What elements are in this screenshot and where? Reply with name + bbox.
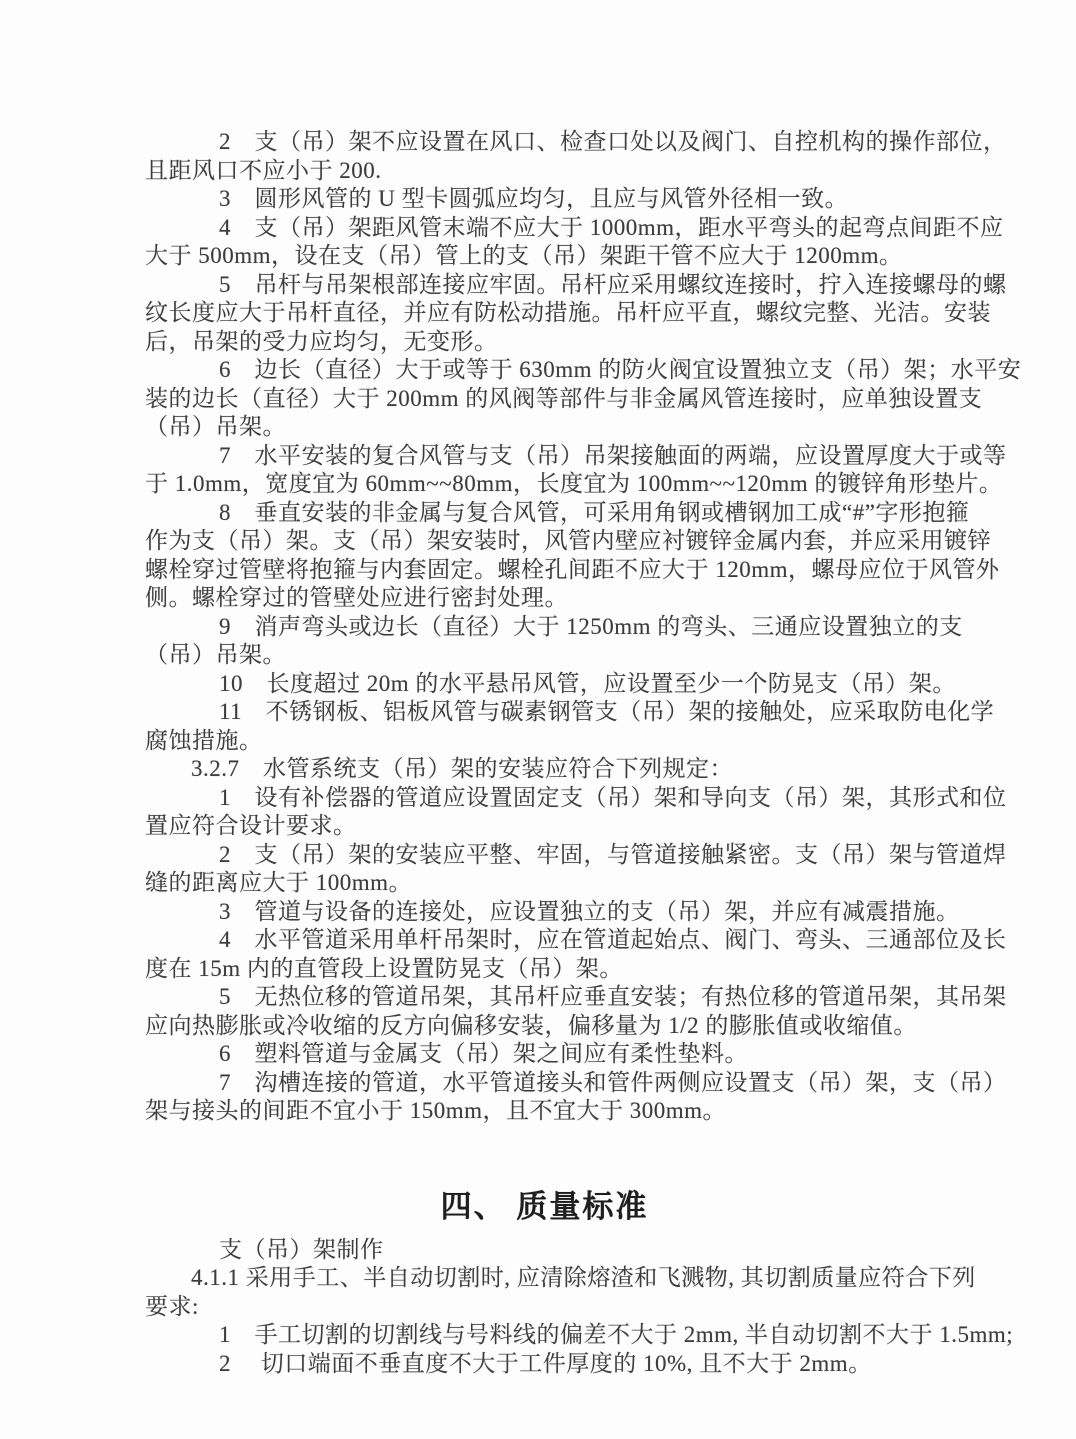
text-line: 10 长度超过 20m 的水平悬吊风管，应设置至少一个防晃支（吊）架。 xyxy=(145,670,944,699)
text-line: 7 沟槽连接的管道，水平管道接头和管件两侧应设置支（吊）架，支（吊） xyxy=(145,1069,944,1098)
text-line: 3.2.7 水管系统支（吊）架的安装应符合下列规定： xyxy=(145,755,944,784)
text-line: 螺栓穿过管壁将抱箍与内套固定。螺栓孔间距不应大于 120mm，螺母应位于风管外 xyxy=(145,556,944,585)
text-line: 6 塑料管道与金属支（吊）架之间应有柔性垫料。 xyxy=(145,1040,944,1069)
text-line: 2 支（吊）架不应设置在风口、检查口处以及阀门、自控机构的操作部位， xyxy=(145,128,944,157)
quality-standards-section: 支（吊）架制作4.1.1 采用手工、半自动切割时, 应清除熔渣和飞溅物, 其切割… xyxy=(145,1236,944,1379)
text-line: 4.1.1 采用手工、半自动切割时, 应清除熔渣和飞溅物, 其切割质量应符合下列 xyxy=(145,1264,944,1293)
text-line: 大于 500mm，设在支（吊）管上的支（吊）架距干管不应大于 1200mm。 xyxy=(145,242,944,271)
text-line: 7 水平安装的复合风管与支（吊）吊架接触面的两端，应设置厚度大于或等 xyxy=(145,442,944,471)
text-line: 纹长度应大于吊杆直径，并应有防松动措施。吊杆应平直，螺纹完整、光洁。安装 xyxy=(145,299,944,328)
text-line: 装的边长（直径）大于 200mm 的风阀等部件与非金属风管连接时，应单独设置支 xyxy=(145,385,944,414)
text-line: 应向热膨胀或冷收缩的反方向偏移安装，偏移量为 1/2 的膨胀值或收缩值。 xyxy=(145,1012,944,1041)
text-line: 侧。螺栓穿过的管壁处应进行密封处理。 xyxy=(145,584,944,613)
text-line: （吊）吊架。 xyxy=(145,641,944,670)
text-line: 于 1.0mm，宽度宜为 60mm~~80mm，长度宜为 100mm~~120m… xyxy=(145,470,944,499)
body-text-section: 2 支（吊）架不应设置在风口、检查口处以及阀门、自控机构的操作部位，且距风口不应… xyxy=(145,128,944,1126)
text-line: 5 吊杆与吊架根部连接应牢固。吊杆应采用螺纹连接时，拧入连接螺母的螺 xyxy=(145,271,944,300)
section-heading-quality-standards: 四、 质量标准 xyxy=(145,1186,944,1228)
text-line: 支（吊）架制作 xyxy=(145,1236,944,1265)
text-line: 9 消声弯头或边长（直径）大于 1250mm 的弯头、三通应设置独立的支 xyxy=(145,613,944,642)
text-line: 1 手工切割的切割线与号料线的偏差不大于 2mm, 半自动切割不大于 1.5mm… xyxy=(145,1321,944,1350)
text-line: 4 支（吊）架距风管末端不应大于 1000mm，距水平弯头的起弯点间距不应 xyxy=(145,214,944,243)
text-line: 6 边长（直径）大于或等于 630mm 的防火阀宜设置独立支（吊）架；水平安 xyxy=(145,356,944,385)
text-line: 1 设有补偿器的管道应设置固定支（吊）架和导向支（吊）架，其形式和位 xyxy=(145,784,944,813)
text-line: 8 垂直安装的非金属与复合风管，可采用角钢或槽钢加工成“#”字形抱箍 xyxy=(145,499,944,528)
text-line: 缝的距离应大于 100mm。 xyxy=(145,869,944,898)
text-line: 11 不锈钢板、铝板风管与碳素钢管支（吊）架的接触处，应采取防电化学 xyxy=(145,698,944,727)
text-line: 5 无热位移的管道吊架，其吊杆应垂直安装；有热位移的管道吊架，其吊架 xyxy=(145,983,944,1012)
text-line: 要求: xyxy=(145,1293,944,1322)
text-line: 后，吊架的受力应均匀，无变形。 xyxy=(145,328,944,357)
text-line: 3 管道与设备的连接处，应设置独立的支（吊）架，并应有减震措施。 xyxy=(145,898,944,927)
text-line: 作为支（吊）架。支（吊）架安装时，风管内壁应衬镀锌金属内套，并应采用镀锌 xyxy=(145,527,944,556)
text-line: （吊）吊架。 xyxy=(145,413,944,442)
text-line: 2 切口端面不垂直度不大于工件厚度的 10%, 且不大于 2mm。 xyxy=(145,1350,944,1379)
document-page: 2 支（吊）架不应设置在风口、检查口处以及阀门、自控机构的操作部位，且距风口不应… xyxy=(0,0,1076,1439)
text-line: 且距风口不应小于 200. xyxy=(145,157,944,186)
text-line: 置应符合设计要求。 xyxy=(145,812,944,841)
text-line: 3 圆形风管的 U 型卡圆弧应均匀，且应与风管外径相一致。 xyxy=(145,185,944,214)
text-line: 腐蚀措施。 xyxy=(145,727,944,756)
text-line: 架与接头的间距不宜小于 150mm，且不宜大于 300mm。 xyxy=(145,1097,944,1126)
text-line: 2 支（吊）架的安装应平整、牢固，与管道接触紧密。支（吊）架与管道焊 xyxy=(145,841,944,870)
text-line: 度在 15m 内的直管段上设置防晃支（吊）架。 xyxy=(145,955,944,984)
text-line: 4 水平管道采用单杆吊架时，应在管道起始点、阀门、弯头、三通部位及长 xyxy=(145,926,944,955)
